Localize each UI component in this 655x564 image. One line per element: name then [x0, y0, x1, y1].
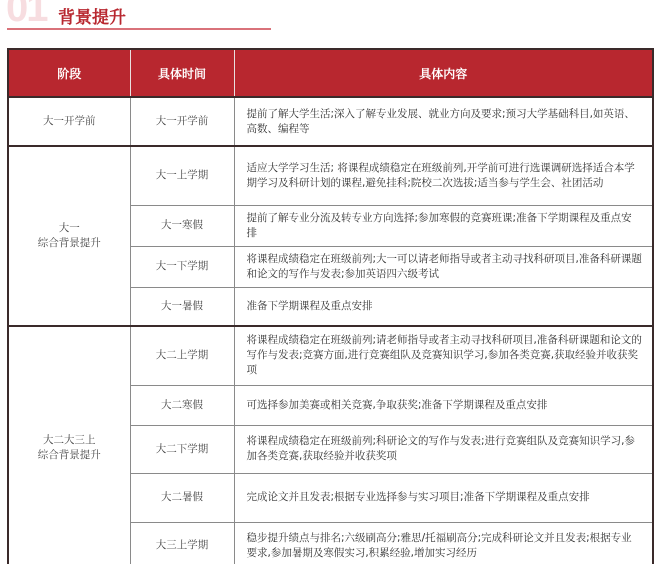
stage-cell: 大二大三上 综合背景提升 [8, 326, 130, 564]
time-cell: 大一开学前 [130, 97, 234, 146]
table-row: 大二大三上 综合背景提升 大二上学期 将课程成绩稳定在班级前列;请老师指导或者主… [8, 326, 653, 385]
time-cell: 大一寒假 [130, 205, 234, 246]
table-row: 大一开学前 大一开学前 提前了解大学生活;深入了解专业发展、就业方向及要求;预习… [8, 97, 653, 146]
table-row: 大一 综合背景提升 大一上学期 适应大学学习生活; 将课程成绩稳定在班级前列,开… [8, 146, 653, 205]
content-cell: 将课程成绩稳定在班级前列;科研论文的写作与发表;进行竞赛组队及竞赛知识学习,参加… [234, 425, 653, 473]
stage-cell: 大一开学前 [8, 97, 130, 146]
time-cell: 大二下学期 [130, 425, 234, 473]
table-header-row: 阶段 具体时间 具体内容 [8, 49, 653, 97]
content-cell: 提前了解专业分流及转专业方向选择;参加寒假的竞赛班课;准备下学期课程及重点安排 [234, 205, 653, 246]
header-time: 具体时间 [130, 49, 234, 97]
content-cell: 将课程成绩稳定在班级前列;大一可以请老师指导或者主动寻找科研项目,准备科研课题和… [234, 246, 653, 287]
content-cell: 可选择参加美赛或相关竞赛,争取获奖;准备下学期课程及重点安排 [234, 385, 653, 425]
stage-cell: 大一 综合背景提升 [8, 146, 130, 326]
header-content: 具体内容 [234, 49, 653, 97]
title-underline [7, 28, 271, 30]
content-cell: 将课程成绩稳定在班级前列;请老师指导或者主动寻找科研项目,准备科研课题和论文的写… [234, 326, 653, 385]
time-cell: 大三上学期 [130, 522, 234, 564]
time-cell: 大二寒假 [130, 385, 234, 425]
section-header: 01 背景提升 [0, 0, 280, 34]
content-cell: 准备下学期课程及重点安排 [234, 287, 653, 326]
time-cell: 大一暑假 [130, 287, 234, 326]
section-number-watermark: 01 [6, 0, 47, 31]
content-cell: 稳步提升绩点与排名;六级刷高分;雅思/托福刷高分;完成科研论文并且发表;根据专业… [234, 522, 653, 564]
background-plan-table: 阶段 具体时间 具体内容 大一开学前 大一开学前 提前了解大学生活;深入了解专业… [7, 48, 654, 564]
header-stage: 阶段 [8, 49, 130, 97]
time-cell: 大一上学期 [130, 146, 234, 205]
content-cell: 完成论文并且发表;根据专业选择参与实习项目;准备下学期课程及重点安排 [234, 473, 653, 522]
content-cell: 提前了解大学生活;深入了解专业发展、就业方向及要求;预习大学基础科目,如英语、高… [234, 97, 653, 146]
time-cell: 大二暑假 [130, 473, 234, 522]
content-cell: 适应大学学习生活; 将课程成绩稳定在班级前列,开学前可进行选课调研选择适合本学期… [234, 146, 653, 205]
section-title: 背景提升 [58, 3, 126, 28]
time-cell: 大一下学期 [130, 246, 234, 287]
time-cell: 大二上学期 [130, 326, 234, 385]
